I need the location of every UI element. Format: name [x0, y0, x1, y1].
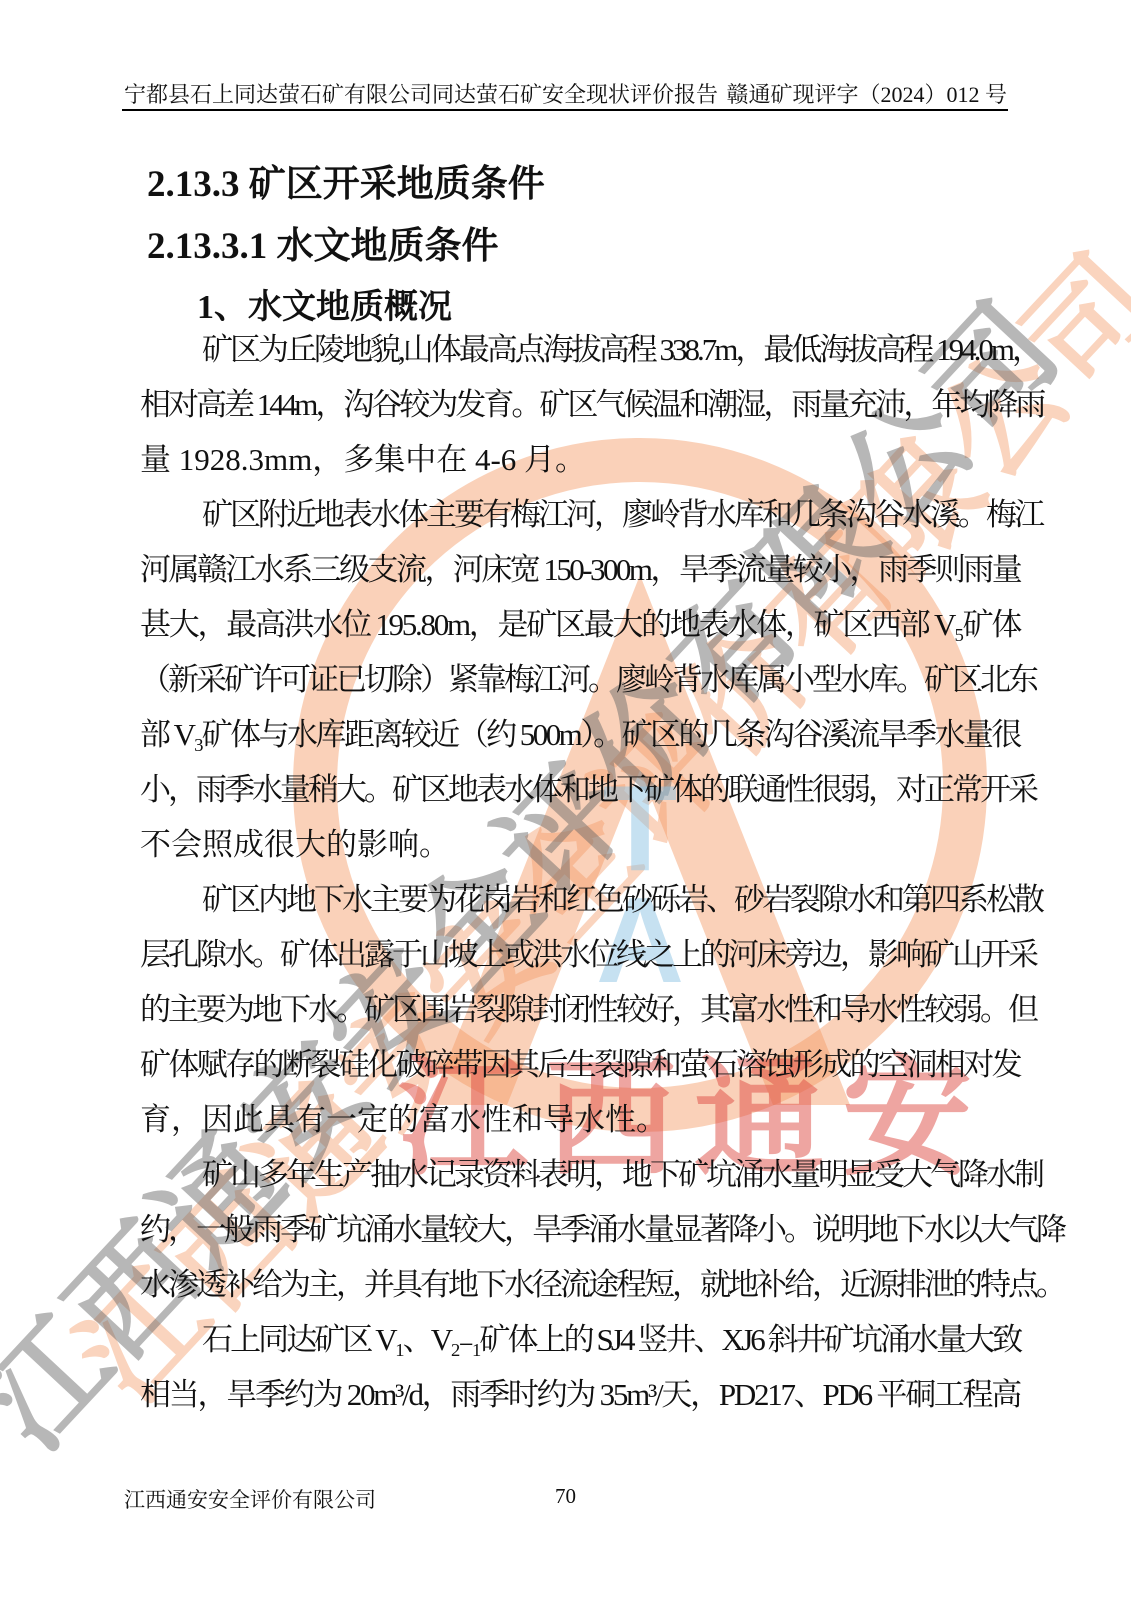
item-heading: 1、水文地质概况 — [197, 279, 452, 328]
body-line: 相当，旱季约为 20m³/d，雨季时约为 35m³/天，PD217、PD6 平硐… — [140, 1367, 1020, 1422]
body-line: 矿山多年生产抽水记录资料表明，地下矿坑涌水量明显受大气降水制 — [140, 1147, 1020, 1202]
body-line: 矿体赋存的断裂硅化破碎带因其后生裂隙和萤石溶蚀形成的空洞相对发 — [140, 1037, 1020, 1092]
body-line: 约，一般雨季矿坑涌水量较大，旱季涌水量显著降小。说明地下水以大气降 — [140, 1202, 1020, 1257]
subsection-heading: 2.13.3.1 水文地质条件 — [147, 215, 499, 269]
body-line: 水渗透补给为主，并具有地下水径流途程短，就地补给，近源排泄的特点。 — [140, 1257, 1020, 1312]
body-line: 部 V₃矿体与水库距离较近（约 500m）。矿区的几条沟谷溪流旱季水量很 — [140, 707, 1020, 762]
body-text: 矿区为丘陵地貌,山体最高点海拔高程 338.7m，最低海拔高程 194.0m， … — [140, 322, 1020, 1422]
body-line: 相对高差 144m，沟谷较为发育。矿区气候温和潮湿，雨量充沛，年均降雨 — [140, 377, 1020, 432]
body-line: 矿区内地下水主要为花岗岩和红色砂砾岩、砂岩裂隙水和第四系松散 — [140, 872, 1020, 927]
body-line: 矿区附近地表水体主要有梅江河，廖岭背水库和几条沟谷水溪。梅江 — [140, 487, 1020, 542]
section-heading: 2.13.3 矿区开采地质条件 — [147, 153, 545, 207]
body-line: 小，雨季水量稍大。矿区地表水体和地下矿体的联通性很弱，对正常开采 — [140, 762, 1020, 817]
body-line: 层孔隙水。矿体出露于山坡上或洪水位线之上的河床旁边，影响矿山开采 — [140, 927, 1020, 982]
header-rule — [122, 109, 1008, 111]
body-line: 的主要为地下水。矿区围岩裂隙封闭性较好，其富水性和导水性较弱。但 — [140, 982, 1020, 1037]
body-line: （新采矿许可证已切除）紧靠梅江河。廖岭背水库属小型水库。矿区北东 — [140, 652, 1020, 707]
header-doc-number: 赣通矿现评字（2024）012 号 — [726, 78, 1007, 109]
body-line: 矿区为丘陵地貌,山体最高点海拔高程 338.7m，最低海拔高程 194.0m， — [140, 322, 1020, 377]
body-line: 育，因此具有一定的富水性和导水性。 — [140, 1092, 1020, 1147]
footer-company: 江西通安安全评价有限公司 — [124, 1484, 376, 1514]
body-line: 不会照成很大的影响。 — [140, 817, 1020, 872]
header-report-title: 宁都县石上同达萤石矿有限公司同达萤石矿安全现状评价报告 — [124, 78, 718, 109]
body-line: 河属赣江水系三级支流，河床宽 150-300m，旱季流量较小，雨季则雨量 — [140, 542, 1020, 597]
body-line: 量 1928.3mm，多集中在 4-6 月。 — [140, 432, 1020, 487]
body-line: 石上同达矿区 V₁、V₂₋₁矿体上的 SJ4 竖井、XJ6 斜井矿坑涌水量大致 — [140, 1312, 1020, 1367]
report-page: 江西通安安全评价有限公司 江西通安安全评价有限公司 T A 江西通安 宁都县石上… — [0, 0, 1131, 1600]
body-line: 甚大，最高洪水位 195.80m，是矿区最大的地表水体，矿区西部 V₅矿体 — [140, 597, 1020, 652]
